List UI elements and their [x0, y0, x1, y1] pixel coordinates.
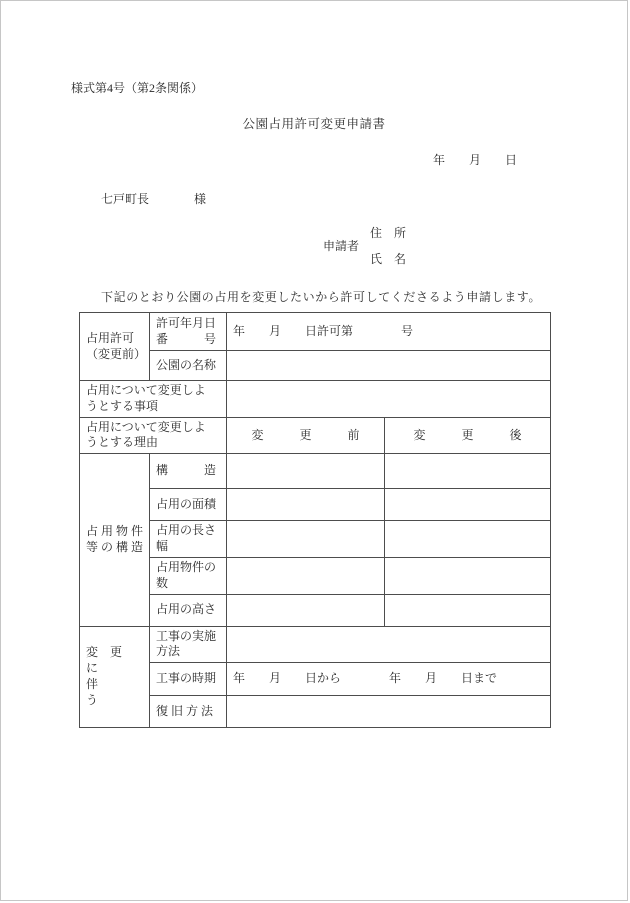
applicant-name-label: 氏 名 — [370, 252, 406, 267]
change-items-label: 占用について変更しよ うとする事項 — [80, 381, 227, 418]
page-title: 公園占用許可変更申請書 — [1, 117, 627, 132]
restore-method-label: 復 旧 方 法 — [150, 696, 227, 728]
applicant-fields: 住 所 氏 名 — [370, 226, 406, 267]
form-number: 様式第4号（第2条関係） — [71, 81, 627, 96]
occupation-height-after-field — [385, 594, 551, 626]
group-structure-label: 占 用 物 件 等 の 構 造 — [80, 454, 150, 626]
group-permit-before-label: 占用許可 （変更前） — [80, 313, 150, 381]
row-work-method: 変 更 に 伴 う 工事の実施 方法 — [80, 626, 551, 663]
work-method-label: 工事の実施 方法 — [150, 626, 227, 663]
object-count-before-field — [227, 557, 385, 594]
applicant-address-label: 住 所 — [370, 226, 406, 241]
occupation-height-before-field — [227, 594, 385, 626]
row-object-count: 占用物件の 数 — [80, 557, 551, 594]
row-change-items: 占用について変更しよ うとする事項 — [80, 381, 551, 418]
document-page: 様式第4号（第2条関係） 公園占用許可変更申請書 年 月 日 七戸町長 様 申請… — [0, 0, 628, 901]
application-table: 占用許可 （変更前） 許可年月日 番 号 年 月 日許可第 号 公園の名称 占用… — [79, 312, 551, 728]
change-reason-label: 占用について変更しよ うとする理由 — [80, 417, 227, 454]
row-permit-number: 占用許可 （変更前） 許可年月日 番 号 年 月 日許可第 号 — [80, 313, 551, 351]
row-park-name: 公園の名称 — [80, 351, 551, 381]
structure-before-field — [227, 454, 385, 489]
date-line: 年 月 日 — [1, 153, 627, 168]
occupation-length-label: 占用の長さ 幅 — [150, 521, 227, 558]
addressee-line: 七戸町長 様 — [101, 192, 627, 207]
change-items-field — [227, 381, 551, 418]
park-name-field — [227, 351, 551, 381]
intro-sentence: 下記のとおり公園の占用を変更したいから許可してくださるよう申請します。 — [101, 290, 627, 305]
structure-label: 構 造 — [150, 454, 227, 489]
work-method-field — [227, 626, 551, 663]
park-name-label: 公園の名称 — [150, 351, 227, 381]
occupation-area-before-field — [227, 489, 385, 521]
object-count-label: 占用物件の 数 — [150, 557, 227, 594]
work-period-field: 年 月 日から 年 月 日まで — [227, 663, 551, 696]
work-period-label: 工事の時期 — [150, 663, 227, 696]
row-occupation-height: 占用の高さ — [80, 594, 551, 626]
row-restore-method: 復 旧 方 法 — [80, 696, 551, 728]
addressee-honorific: 様 — [194, 192, 206, 207]
after-change-column-header: 変 更 後 — [385, 417, 551, 454]
row-occupation-area: 占用の面積 — [80, 489, 551, 521]
object-count-after-field — [385, 557, 551, 594]
occupation-length-before-field — [227, 521, 385, 558]
restore-method-field — [227, 696, 551, 728]
before-change-column-header: 変 更 前 — [227, 417, 385, 454]
row-work-period: 工事の時期 年 月 日から 年 月 日まで — [80, 663, 551, 696]
occupation-area-after-field — [385, 489, 551, 521]
occupation-length-after-field — [385, 521, 551, 558]
occupation-area-label: 占用の面積 — [150, 489, 227, 521]
applicant-label: 申請者 — [323, 239, 359, 254]
permit-number-label: 許可年月日 番 号 — [150, 313, 227, 351]
applicant-block: 申請者 住 所 氏 名 — [323, 226, 627, 267]
occupation-height-label: 占用の高さ — [150, 594, 227, 626]
permit-number-field: 年 月 日許可第 号 — [227, 313, 551, 351]
row-occupation-length: 占用の長さ 幅 — [80, 521, 551, 558]
structure-after-field — [385, 454, 551, 489]
group-accompanying-change-label: 変 更 に 伴 う — [80, 626, 150, 728]
row-change-reason: 占用について変更しよ うとする理由 変 更 前 変 更 後 — [80, 417, 551, 454]
addressee-name: 七戸町長 — [101, 192, 149, 207]
row-structure: 占 用 物 件 等 の 構 造 構 造 — [80, 454, 551, 489]
